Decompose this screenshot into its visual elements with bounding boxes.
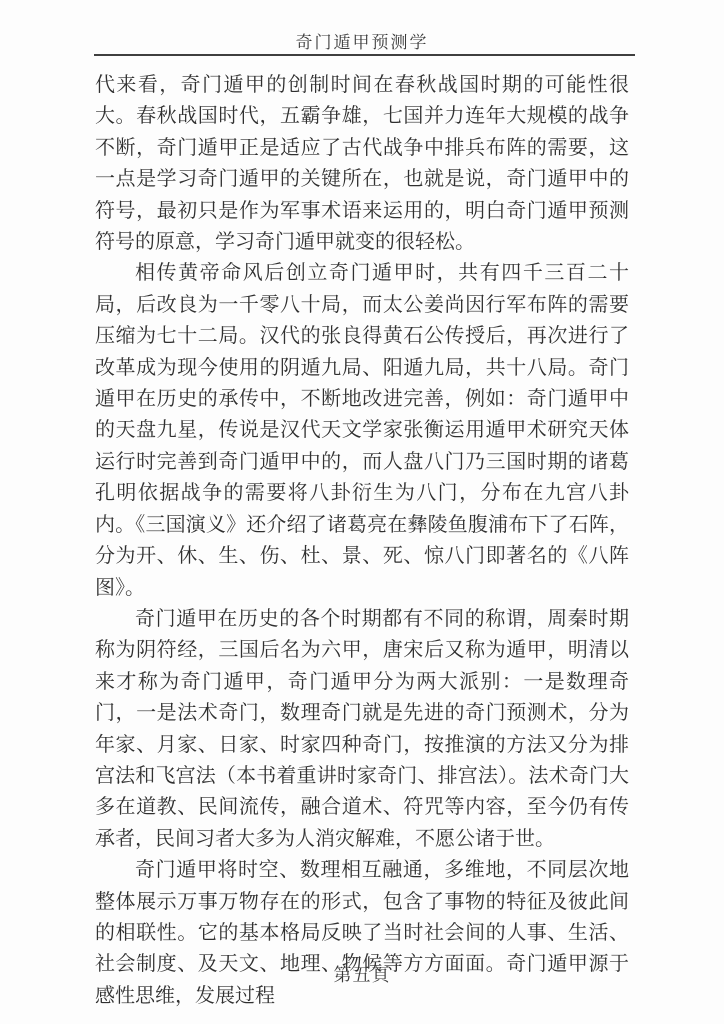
- book-page: 奇门遁甲预测学 代来看，奇门遁甲的创制时间在春秋战国时期的可能性很大。春秋战国时…: [0, 0, 724, 1024]
- page-number: 第五頁: [0, 961, 724, 987]
- body-paragraph: 奇门遁甲在历史的各个时期都有不同的称谓，周秦时期称为阴符经，三国后名为六甲，唐宋…: [95, 604, 629, 855]
- body-text-block: 代来看，奇门遁甲的创制时间在春秋战国时期的可能性很大。春秋战国时代，五霸争雄，七…: [95, 70, 629, 1012]
- header-divider-rule: [94, 54, 635, 56]
- body-paragraph: 代来看，奇门遁甲的创制时间在春秋战国时期的可能性很大。春秋战国时代，五霸争雄，七…: [95, 70, 629, 258]
- body-paragraph: 奇门遁甲将时空、数理相互融通，多维地，不同层次地整体展示万事万物存在的形式，包含…: [95, 855, 629, 1012]
- body-paragraph: 相传黄帝命风后创立奇门遁甲时，共有四千三百二十局，后改良为一千零八十局，而太公姜…: [95, 258, 629, 603]
- running-head-title: 奇门遁甲预测学: [0, 28, 724, 53]
